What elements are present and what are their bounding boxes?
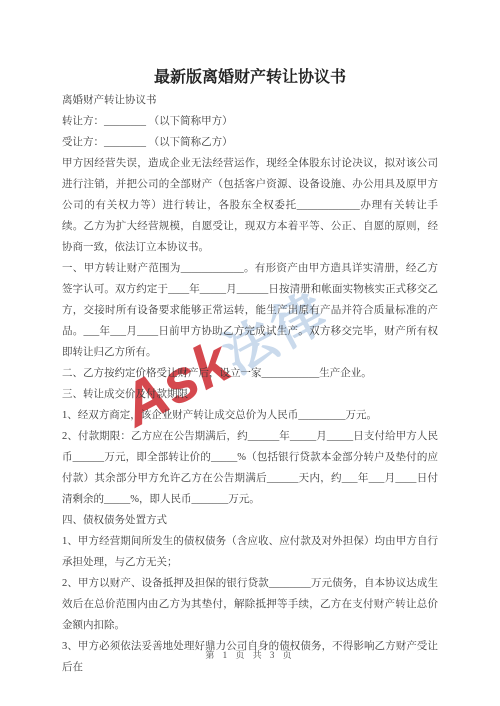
document-subtitle: 离婚财产转让协议书 — [62, 90, 438, 111]
document-body: 最新版离婚财产转让协议书 离婚财产转让协议书 转让方：________ （以下简… — [62, 0, 438, 678]
paragraph-clause-2: 二、乙方按约定价格受让财产后，设立一家___________生产企业。 — [62, 363, 438, 384]
paragraph-clause-4-item-2: 2、甲方以财产、设备抵押及担保的银行贷款________万元债务，自本协议达成生… — [62, 573, 438, 636]
paragraph-clause-3-title: 三、转让成交价及付款期限 — [62, 384, 438, 405]
paragraph-clause-1: 一、甲方转让财产范围为____________。有形资产由甲方造具详实清册，经乙… — [62, 258, 438, 363]
paragraph-clause-4-item-1: 1、甲方经营期间所发生的债权债务（含应收、应付款及对外担保）均由甲方自行承担处理… — [62, 531, 438, 573]
paragraph-clause-3-item-1: 1、经双方商定，该企业财产转让成交总价为人民币_________万元。 — [62, 405, 438, 426]
document-page: Ask法律 最新版离婚财产转让协议书 离婚财产转让协议书 转让方：_______… — [0, 0, 500, 706]
party-transferor-line: 转让方：________ （以下简称甲方） — [62, 111, 438, 132]
paragraph-clause-4-title: 四、债权债务处置方式 — [62, 510, 438, 531]
paragraph-preamble: 甲方因经营失误，造成企业无法经营运作，现经全体股东讨论决议，拟对该公司进行注销，… — [62, 153, 438, 258]
page-number: 第 1 页 共 3 页 — [0, 648, 500, 661]
document-title: 最新版离婚财产转让协议书 — [62, 66, 438, 90]
paragraph-clause-3-item-2: 2、付款期限：乙方应在公告期满后，约______年_____月_____日支付给… — [62, 426, 438, 510]
party-transferee-line: 受让方：________ （以下简称乙方） — [62, 132, 438, 153]
